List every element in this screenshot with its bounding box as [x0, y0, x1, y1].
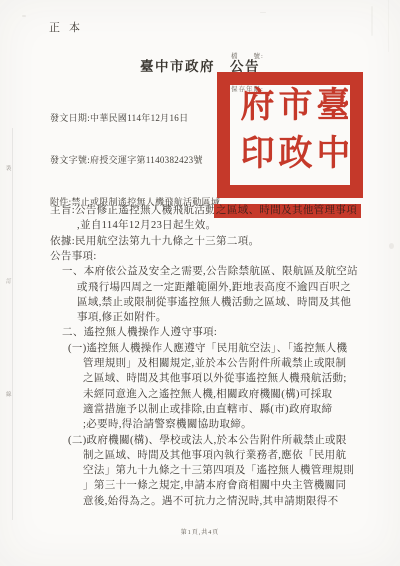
body-line: (二)政府機關(構)、學校或法人,於本公告附件所載禁止或限 — [68, 432, 347, 447]
body-line: 適當措施予以制止或排除,由直轄市、縣(市)政府取締 — [83, 401, 332, 416]
body-line: 主旨:公告修正遙控無人機飛航活動之區域、時間及其他管理事項 — [50, 202, 361, 217]
official-seal: 臺中市政府印 — [217, 72, 363, 198]
body-line-text: 主旨:公告修正遙控無人機飛航活動 — [50, 205, 216, 216]
body-line: ;必要時,得洽請警察機關協助取締。 — [83, 416, 252, 431]
body-line: 未經同意進入之遙控無人機,相關政府機關(構)可採取 — [83, 386, 332, 401]
body-line: 管理規則」及相關規定,並於本公告附件所載禁止或限制 — [83, 355, 346, 370]
body-line: 制之區域、時間及其他事項內執行業務者,應依「民用航 — [83, 447, 346, 462]
body-line: ,並自114年12月23日起生效。 — [77, 217, 216, 232]
body-line: 」第三十一條之規定,申請本府會商相關中央主管機關同 — [83, 477, 346, 492]
body-line: 事項,修正如附件。 — [77, 309, 167, 324]
body-line: 區域,禁止或限制從事遙控無人機活動之區域、時間及其他 — [77, 294, 351, 309]
document-page: 正本 檔 號: 保存年限: 臺中市政府 公告 發文日期:中華民國114年12月1… — [0, 0, 400, 566]
body-line: 之區域、時間及其他事項以外從事遙控無人機飛航活動; — [83, 370, 347, 385]
body-line: 公告事項: — [50, 248, 97, 263]
body-line: 依據:民用航空法第九十九條之十三第二項。 — [50, 233, 259, 248]
seal-overlap-highlight: 之區域、時間及其他管理事項 — [214, 204, 361, 218]
body-line: 意後,始得為之。遇不可抗力之情況時,其申請期限得不 — [83, 493, 339, 508]
body-line: 空法」第九十九條之十三第四項及「遙控無人機管理規則 — [83, 462, 354, 477]
body-line: (一)遙控無人機操作人應遵守「民用航空法」、「遙控無人機 — [68, 340, 347, 355]
body-line: 二、遙控無人機操作人遵守事項: — [62, 324, 217, 339]
seal-characters: 臺中市政府印 — [232, 86, 348, 188]
body-line: 或飛行場四周之一定距離範圍外,距地表高度不逾四百呎之 — [77, 279, 351, 294]
body-line: 一、本府依公益及安全之需要,公告除禁航區、限航區及航空站 — [62, 263, 358, 278]
